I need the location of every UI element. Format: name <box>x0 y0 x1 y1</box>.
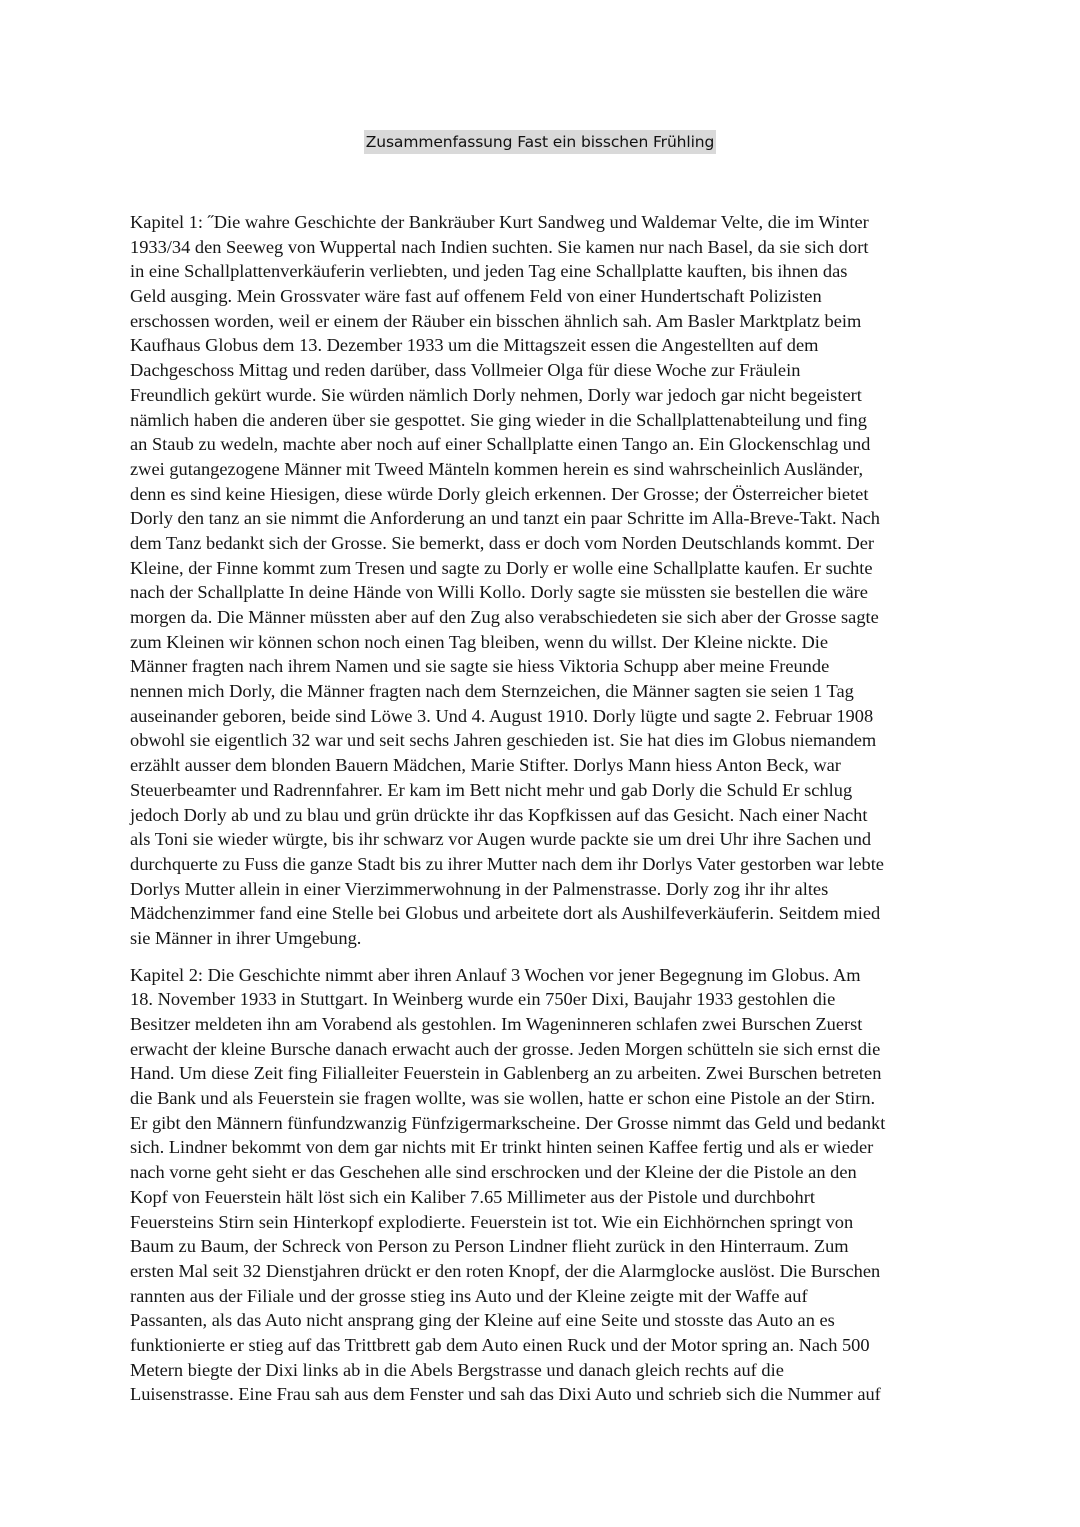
text-line: zum Kleinen wir können schon noch einen … <box>130 630 952 655</box>
text-line: denn es sind keine Hiesigen, diese würde… <box>130 482 952 507</box>
text-line: 18. November 1933 in Stuttgart. In Weinb… <box>130 987 952 1012</box>
text-line: Dorlys Mutter allein in einer Vierzimmer… <box>130 877 952 902</box>
document-page: Zusammenfassung Fast ein bisschen Frühli… <box>0 0 1080 1527</box>
text-line: dem Tanz bedankt sich der Grosse. Sie be… <box>130 531 952 556</box>
text-line: Dorly den tanz an sie nimmt die Anforder… <box>130 506 952 531</box>
text-line: Kleine, der Finne kommt zum Tresen und s… <box>130 556 952 581</box>
text-line: obwohl sie eigentlich 32 war und seit se… <box>130 728 952 753</box>
title-container: Zusammenfassung Fast ein bisschen Frühli… <box>0 130 1080 154</box>
text-line: zwei gutangezogene Männer mit Tweed Mänt… <box>130 457 952 482</box>
text-line: als Toni sie wieder würgte, bis ihr schw… <box>130 827 952 852</box>
text-line: erwacht der kleine Bursche danach erwach… <box>130 1037 952 1062</box>
text-line: Besitzer meldeten ihn am Vorabend als ge… <box>130 1012 952 1037</box>
text-line: Passanten, als das Auto nicht ansprang g… <box>130 1308 952 1333</box>
text-line: nach vorne geht sieht er das Geschehen a… <box>130 1160 952 1185</box>
document-title: Zusammenfassung Fast ein bisschen Frühli… <box>364 130 717 154</box>
text-line: erschossen worden, weil er einem der Räu… <box>130 309 952 334</box>
text-line: jedoch Dorly ab und zu blau und grün drü… <box>130 803 952 828</box>
text-line: morgen da. Die Männer müssten aber auf d… <box>130 605 952 630</box>
text-line: Hand. Um diese Zeit fing Filialleiter Fe… <box>130 1061 952 1086</box>
text-line: sie Männer in ihrer Umgebung. <box>130 926 952 951</box>
text-line: Freundlich gekürt wurde. Sie würden näml… <box>130 383 952 408</box>
text-line: nach der Schallplatte In deine Hände von… <box>130 580 952 605</box>
text-line: Kapitel 2: Die Geschichte nimmt aber ihr… <box>130 963 952 988</box>
document-body: Kapitel 1: ˝Die wahre Geschichte der Ban… <box>130 210 952 1407</box>
text-line: rannten aus der Filiale und der grosse s… <box>130 1284 952 1309</box>
text-line: Steuerbeamter und Radrennfahrer. Er kam … <box>130 778 952 803</box>
text-line: sich. Lindner bekommt von dem gar nichts… <box>130 1135 952 1160</box>
text-line: Kaufhaus Globus dem 13. Dezember 1933 um… <box>130 333 952 358</box>
text-line: funktionierte er stieg auf das Trittbret… <box>130 1333 952 1358</box>
text-line: durchquerte zu Fuss die ganze Stadt bis … <box>130 852 952 877</box>
paragraph-kapitel-1: Kapitel 1: ˝Die wahre Geschichte der Ban… <box>130 210 952 951</box>
text-line: die Bank und als Feuerstein sie fragen w… <box>130 1086 952 1111</box>
text-line: Feuersteins Stirn sein Hinterkopf explod… <box>130 1210 952 1235</box>
text-line: erzählt ausser dem blonden Bauern Mädche… <box>130 753 952 778</box>
paragraph-kapitel-2: Kapitel 2: Die Geschichte nimmt aber ihr… <box>130 963 952 1407</box>
text-line: nennen mich Dorly, die Männer fragten na… <box>130 679 952 704</box>
text-line: Metern biegte der Dixi links ab in die A… <box>130 1358 952 1383</box>
text-line: Luisenstrasse. Eine Frau sah aus dem Fen… <box>130 1382 952 1407</box>
text-line: Kapitel 1: ˝Die wahre Geschichte der Ban… <box>130 210 952 235</box>
text-line: Baum zu Baum, der Schreck von Person zu … <box>130 1234 952 1259</box>
text-line: nämlich haben die anderen über sie gespo… <box>130 408 952 433</box>
text-line: Männer fragten nach ihrem Namen und sie … <box>130 654 952 679</box>
text-line: in eine Schallplattenverkäuferin verlieb… <box>130 259 952 284</box>
text-line: Kopf von Feuerstein hält löst sich ein K… <box>130 1185 952 1210</box>
text-line: an Staub zu wedeln, machte aber noch auf… <box>130 432 952 457</box>
text-line: Geld ausging. Mein Grossvater wäre fast … <box>130 284 952 309</box>
text-line: Er gibt den Männern fünfundzwanzig Fünfz… <box>130 1111 952 1136</box>
text-line: ersten Mal seit 32 Dienstjahren drückt e… <box>130 1259 952 1284</box>
text-line: Mädchenzimmer fand eine Stelle bei Globu… <box>130 901 952 926</box>
text-line: 1933/34 den Seeweg von Wuppertal nach In… <box>130 235 952 260</box>
text-line: auseinander geboren, beide sind Löwe 3. … <box>130 704 952 729</box>
text-line: Dachgeschoss Mittag und reden darüber, d… <box>130 358 952 383</box>
